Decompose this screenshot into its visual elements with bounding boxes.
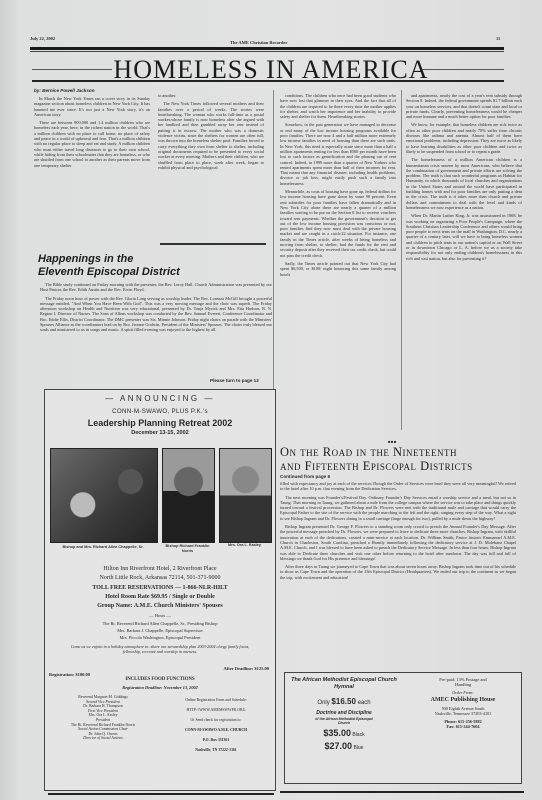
- article-byline: by: Bernice Powell Jackson: [34, 88, 95, 93]
- price-prefix: Only: [317, 700, 329, 706]
- po-box: P.O. Box 331361: [161, 735, 271, 745]
- continued-notice: Please turn to page 12: [210, 378, 259, 383]
- bottom-rule: [48, 793, 274, 795]
- hymnal-title: The African Methodist Episcopal Church H…: [285, 677, 403, 690]
- event-title: Leadership Planning Retreat 2002: [45, 418, 275, 428]
- publisher-address: 500 Eighth Avenue South Nashville, Tenne…: [405, 706, 521, 716]
- invitation-text: Come as we enjoin in a holiday atmospher…: [45, 644, 275, 655]
- registration-url[interactable]: HTTP:\\WWW.AMEMSWWPK.ORG: [161, 705, 271, 715]
- continued-from: Continued from page 8: [280, 474, 330, 479]
- paragraph: Bishop Ingram presented Dr. George F. Fl…: [280, 524, 516, 561]
- host-name: The Rt. Reverend Richard Allen Chappelle…: [45, 621, 275, 626]
- column-rule: [273, 90, 274, 420]
- toll-free-number: TOLL FREE RESERVATIONS — 1-866-NLR-HILT: [45, 585, 275, 591]
- paragraph: We know, for example, that homeless chil…: [406, 122, 522, 154]
- paragraph: After three days in Taung we journeyed t…: [280, 564, 516, 580]
- prepaid-note: Pre-paid: 13% Postage and Handling: [405, 677, 521, 687]
- article-column-4: and apartments, nearly the cost of a yea…: [406, 93, 522, 264]
- hymnal-price: $16.50: [331, 697, 355, 706]
- photo-bishop-norris: [162, 448, 215, 543]
- article-column-1: In March the New York Times ran a cover …: [34, 96, 150, 171]
- photo-caption: Bishop and Mrs. Richard Allen Chappelle,…: [50, 545, 156, 550]
- paragraph: The homelessness of a million American c…: [406, 157, 522, 210]
- publisher-contact: Phone: 615-256-5882 Fax: 615-244-7604: [405, 719, 521, 729]
- price-blue-line: $27.00 Blue: [285, 741, 403, 751]
- fax-number: Fax: 615-244-7604: [405, 724, 521, 729]
- photo-mrs-easley: [219, 448, 272, 543]
- officer-title: Director of Social Actions: [49, 736, 157, 741]
- paragraph: There are between 900,000 and 1.4 millio…: [34, 120, 150, 168]
- registration-deadline: Registration Deadline: November 13, 2002: [45, 685, 275, 690]
- event-dates: December 13-15, 2002: [45, 430, 275, 436]
- paragraph: conditions. The children who once had be…: [280, 93, 396, 119]
- price-suffix: each: [358, 700, 371, 706]
- paragraph: In March the New York Times ran a cover …: [34, 96, 150, 117]
- paragraph: The next morning was Founder's/Festival …: [280, 495, 516, 521]
- hymnal-advertisement: The African Methodist Episcopal Church H…: [284, 672, 522, 784]
- host-name: Mrs. Barbara J. Chappelle, Episcopal Sup…: [45, 628, 275, 633]
- road-headline: On the Road in the Nineteenth and Fiftee…: [280, 446, 473, 473]
- city-zip: Nashville, TN 37222-1361: [161, 745, 271, 755]
- send-check-label: Or Send check for registration to:: [161, 715, 271, 725]
- paragraph: The Bible study continued on Friday morn…: [40, 282, 272, 293]
- order-from-label: Order From:: [405, 690, 521, 695]
- after-deadline-price: After Deadline: $125.00: [45, 666, 275, 671]
- paragraph: When Dr. Martin Luther King, Jr. was ass…: [406, 213, 522, 261]
- road-body: filled with expectancy and joy at each o…: [280, 481, 516, 583]
- photo-caption: Mrs. Ora L. Easley: [219, 543, 270, 548]
- paragraph: The New York Times followed several moth…: [158, 101, 264, 170]
- column-rule: [401, 90, 402, 430]
- header-rule: [30, 47, 504, 50]
- publisher-name: AMEC Publishing House: [405, 697, 521, 703]
- hymnal-price-line: Only $16.50 each: [285, 697, 403, 706]
- paragraph: and apartments, nearly the cost of a yea…: [406, 93, 522, 119]
- photo-bishop-and-mrs-chappelle: [50, 448, 158, 543]
- newspaper-name: The AME Christian Recorder: [230, 40, 287, 45]
- price-black-line: $35.00 Black: [285, 728, 403, 738]
- banner-line-right: [422, 69, 504, 70]
- announcing-label: — ANNOUNCING —: [45, 394, 275, 403]
- group-name: Group Name: A.M.E. Church Ministers' Spo…: [45, 603, 275, 609]
- article-column-3: conditions. The children who once had be…: [280, 93, 396, 280]
- price-blue: $27.00: [325, 741, 353, 751]
- organization-name: CONN-M-SWAWO, PLUS P.K.'s: [45, 408, 275, 415]
- headline-line-1: On the Road in the Nineteenth: [280, 446, 473, 460]
- doctrine-subtitle: of the African Methodist Episcopal Churc…: [285, 717, 403, 725]
- banner-rule: [32, 80, 504, 82]
- registration-info: Online Registration Form and Schedule: H…: [161, 695, 271, 755]
- host-name: Mrs. Piccola Washington, Episcopal Presi…: [45, 635, 275, 640]
- happenings-body: The Bible study continued on Friday morn…: [40, 282, 272, 336]
- newspaper-page: July 22, 2002 The AME Christian Recorder…: [0, 0, 542, 800]
- address-line-2: Nashville, Tennessee 37203-4181: [405, 711, 521, 716]
- price-black: $35.00: [323, 728, 351, 738]
- retreat-advertisement: — ANNOUNCING — CONN-M-SWAWO, PLUS P.K.'s…: [44, 389, 276, 791]
- room-rate: Hotel Room Rate $69.95 / Single or Doubl…: [45, 594, 275, 600]
- paragraph: Meanwhile, as costs of housing have gone…: [280, 189, 396, 258]
- hosts-label: — Hosts —: [45, 613, 275, 618]
- officers-list: Reverend Margaret M. Giddings Second Vic…: [49, 695, 157, 741]
- bottom-rule: [280, 791, 524, 793]
- paragraph: to another.: [158, 93, 264, 98]
- doctrine-title: Doctrine and Discipline: [285, 710, 403, 716]
- issue-date: July 22, 2002: [30, 36, 55, 41]
- hotel-address: North Little Rock, Arkansas 72114, 501-3…: [45, 575, 275, 581]
- happenings-headline: Happenings in the Eleventh Episcopal Dis…: [38, 253, 180, 278]
- black-label: Black: [352, 732, 364, 738]
- headline-line-2: and Fifteenth Episcopal Districts: [280, 460, 473, 474]
- photo-caption: Bishop Richard Franklin Norris: [162, 544, 213, 554]
- paragraph: Somehow, in the past generation we have …: [280, 122, 396, 186]
- article-column-2: to another. The New York Times followed …: [158, 93, 264, 173]
- column-divider: [160, 243, 266, 245]
- header-rule-thin: [30, 51, 504, 52]
- payee-name: CONN-M-SWAWO A.M.E. CHURCH: [161, 725, 271, 735]
- paragraph: The Friday noon hour of power with the R…: [40, 296, 272, 333]
- page-number: 11: [496, 36, 500, 41]
- includes-food: INCLUDES FOOD FUNCTIONS: [45, 677, 275, 682]
- headline-line-1: Happenings in the: [38, 253, 180, 266]
- end-mark: ■■■: [388, 439, 397, 444]
- hotel-name: Hilton Inn Riverfront Hotel, 2 Riverfron…: [45, 566, 275, 572]
- online-label: Online Registration Form and Schedule:: [161, 695, 271, 705]
- headline-line-2: Eleventh Episcopal District: [38, 266, 180, 279]
- blue-label: Blue: [353, 745, 363, 751]
- paragraph: Sadly, the Times article pointed out tha…: [280, 261, 396, 277]
- paragraph: filled with expectancy and joy at each o…: [280, 481, 516, 492]
